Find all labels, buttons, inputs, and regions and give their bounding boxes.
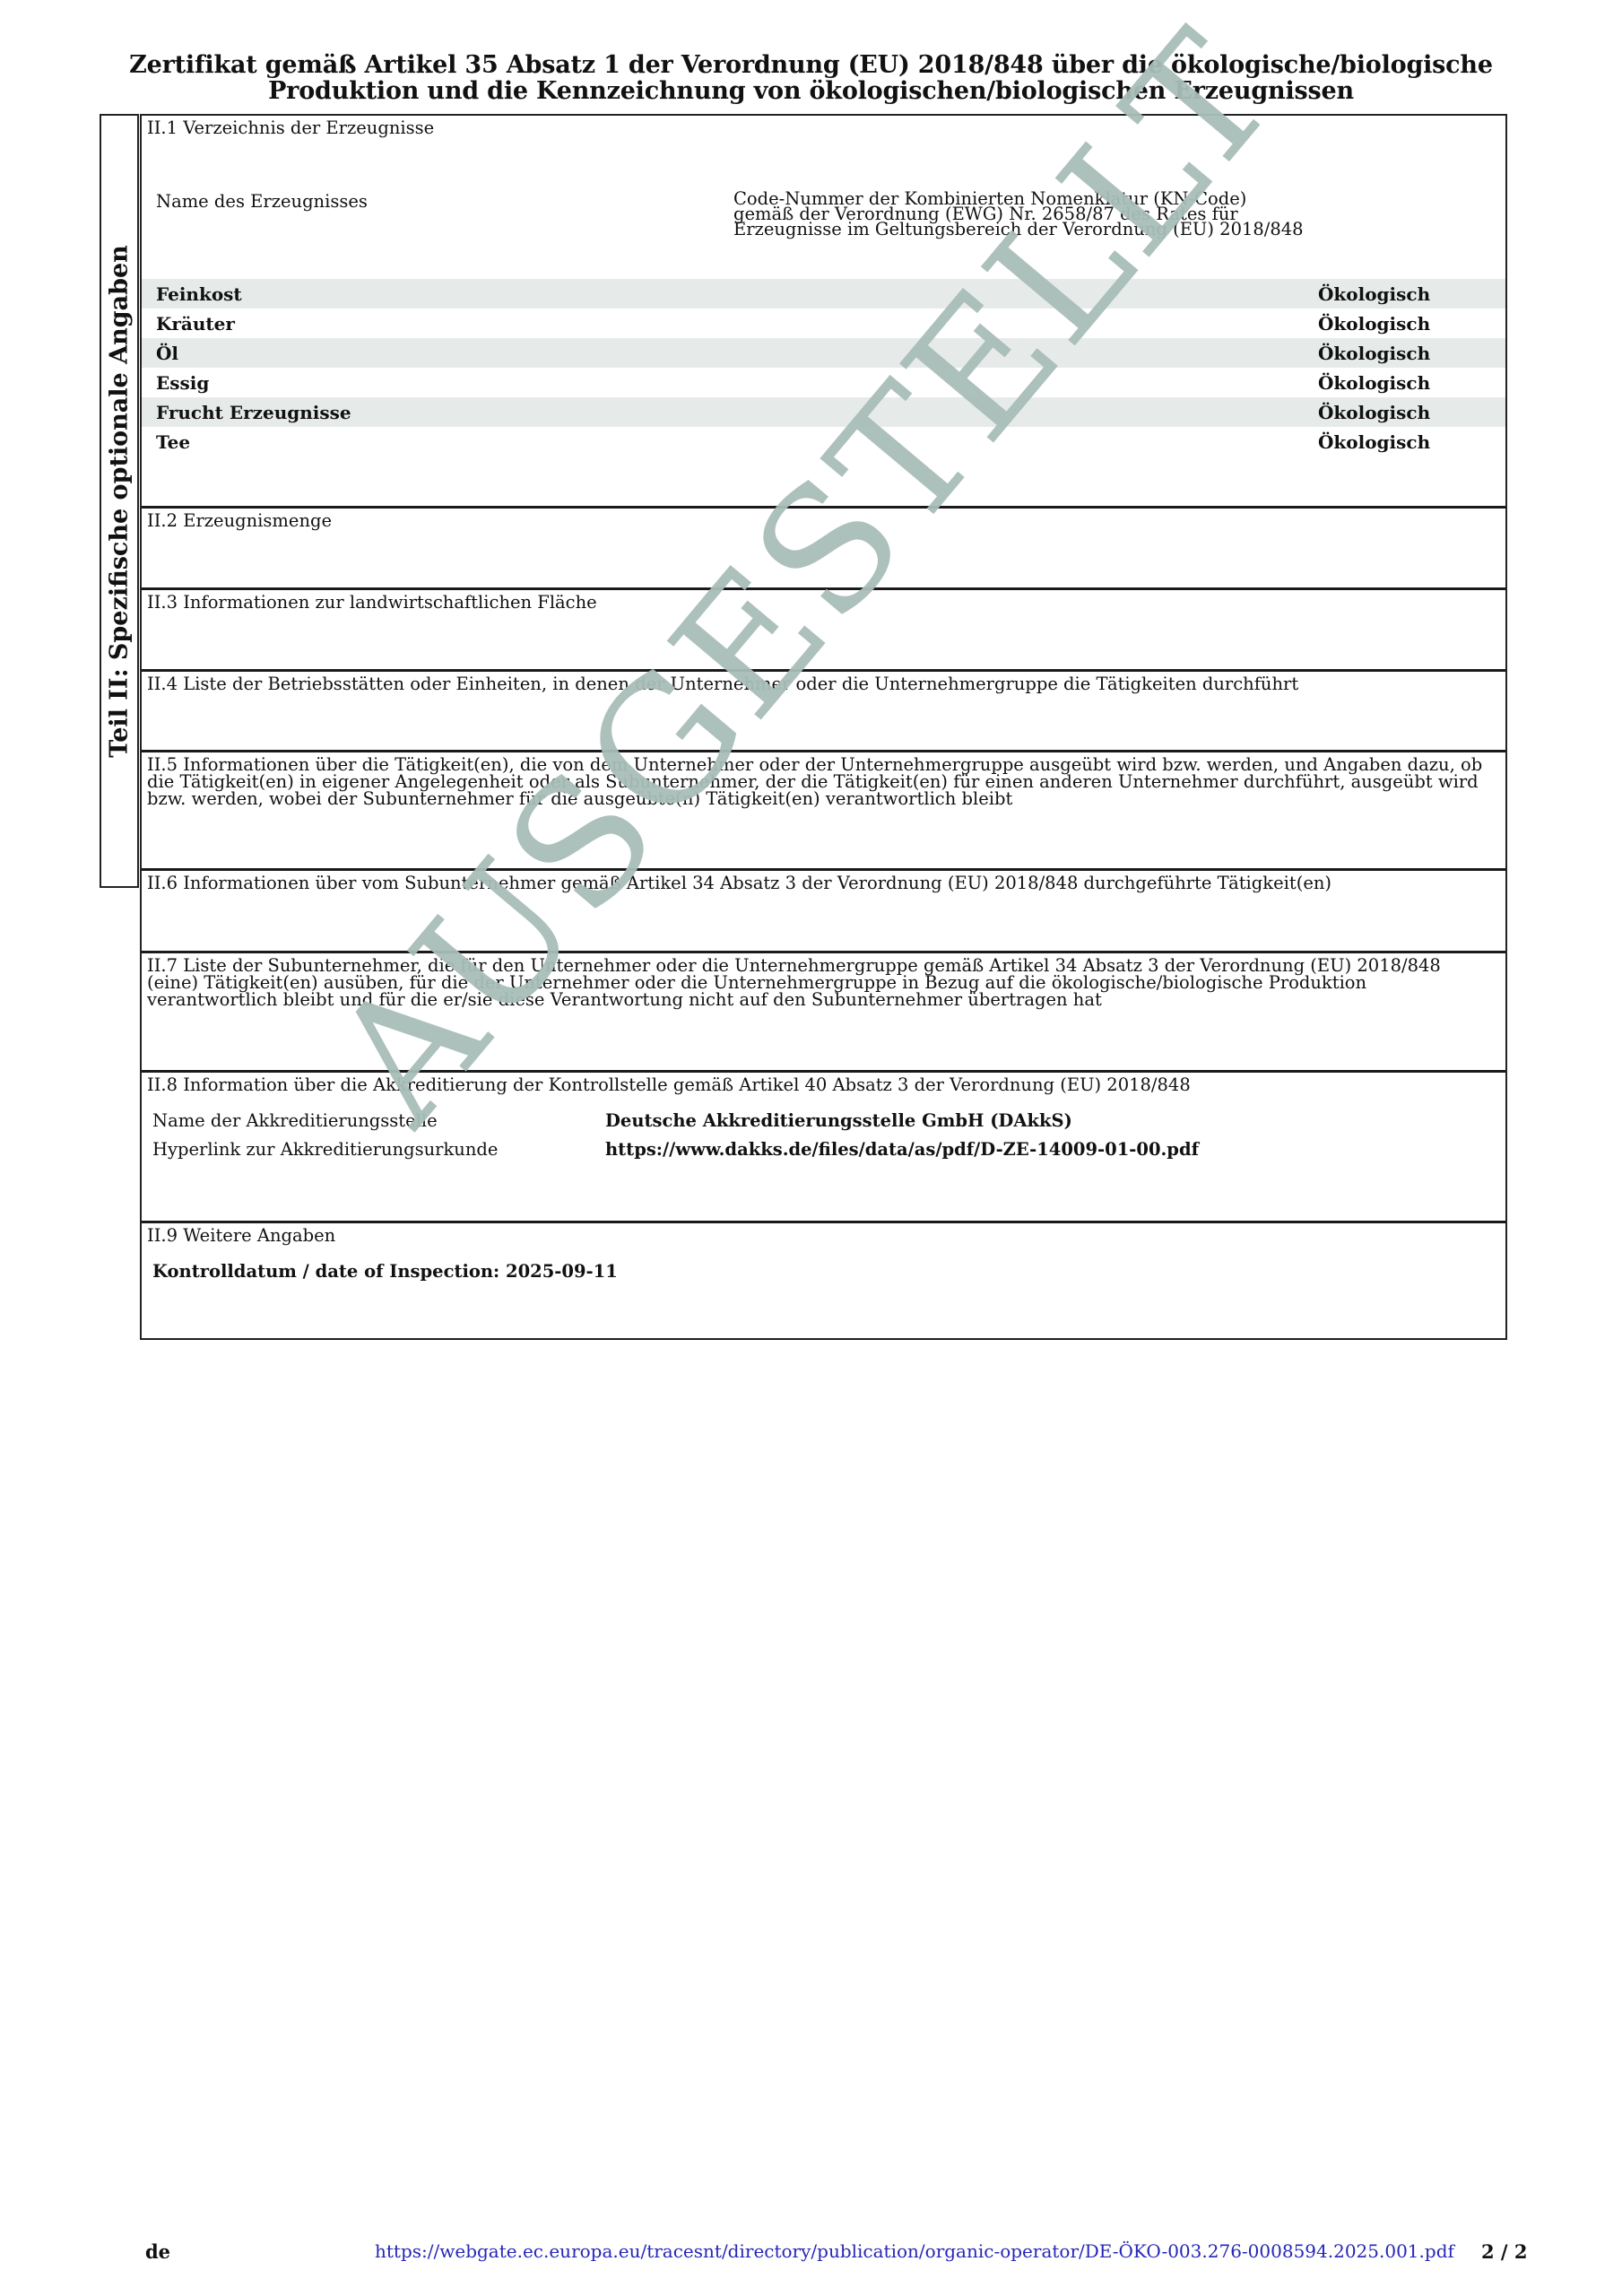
- section-heading: II.6 Informationen über vom Subunternehm…: [147, 874, 1493, 891]
- column-header-product-name: Name des Erzeugnisses: [156, 191, 368, 212]
- page-number: 2 / 2: [1481, 2240, 1528, 2263]
- table-row: Öl Ökologisch: [142, 338, 1505, 368]
- product-status: Ökologisch: [1318, 343, 1430, 364]
- product-status: Ökologisch: [1318, 313, 1430, 335]
- accreditation-link-value[interactable]: https://www.dakks.de/files/data/as/pdf/D…: [605, 1139, 1199, 1160]
- table-row: Feinkost Ökologisch: [142, 279, 1505, 309]
- product-status: Ökologisch: [1318, 402, 1430, 423]
- product-name: Kräuter: [156, 313, 235, 335]
- accreditation-link-label: Hyperlink zur Akkreditierungsurkunde: [152, 1139, 498, 1160]
- accreditation-body-value: Deutsche Akkreditierungsstelle GmbH (DAk…: [605, 1110, 1072, 1131]
- section-ii-5: II.5 Informationen über die Tätigkeit(en…: [142, 750, 1505, 868]
- section-heading: II.5 Informationen über die Tätigkeit(en…: [147, 756, 1493, 807]
- section-heading: II.2 Erzeugnismenge: [147, 512, 1493, 529]
- section-ii-2: II.2 Erzeugnismenge: [142, 506, 1505, 587]
- certificate-table: II.1 Verzeichnis der Erzeugnisse Name de…: [140, 114, 1507, 1340]
- section-heading: II.7 Liste der Subunternehmer, die für d…: [147, 957, 1493, 1008]
- section-ii-8: II.8 Information über die Akkreditierung…: [142, 1070, 1505, 1221]
- product-name: Frucht Erzeugnisse: [156, 402, 351, 423]
- table-row: Tee Ökologisch: [142, 427, 1505, 457]
- product-status: Ökologisch: [1318, 431, 1430, 453]
- product-name: Essig: [156, 372, 209, 394]
- section-heading: II.4 Liste der Betriebsstätten oder Einh…: [147, 675, 1493, 692]
- table-row: Frucht Erzeugnisse Ökologisch: [142, 397, 1505, 427]
- sidebar-label: Teil II: Spezifische optionale Angaben: [106, 245, 134, 758]
- section-heading: II.8 Information über die Akkreditierung…: [147, 1076, 1493, 1093]
- section-heading: II.1 Verzeichnis der Erzeugnisse: [147, 119, 1493, 136]
- section-ii-6: II.6 Informationen über vom Subunternehm…: [142, 868, 1505, 951]
- table-row: Essig Ökologisch: [142, 368, 1505, 397]
- footer-url-link[interactable]: https://webgate.ec.europa.eu/tracesnt/di…: [375, 2240, 1454, 2262]
- section-heading: II.3 Informationen zur landwirtschaftlic…: [147, 594, 1493, 611]
- product-list: Feinkost Ökologisch Kräuter Ökologisch Ö…: [142, 279, 1505, 457]
- footer-language: de: [145, 2240, 170, 2263]
- inspection-date: Kontrolldatum / date of Inspection: 2025…: [152, 1261, 618, 1282]
- product-name: Feinkost: [156, 283, 242, 305]
- product-status: Ökologisch: [1318, 283, 1430, 305]
- table-row: Kräuter Ökologisch: [142, 309, 1505, 338]
- product-name: Tee: [156, 431, 190, 453]
- section-ii-1: II.1 Verzeichnis der Erzeugnisse Name de…: [142, 116, 1505, 506]
- section-heading: II.9 Weitere Angaben: [147, 1227, 1493, 1244]
- product-name: Öl: [156, 343, 178, 364]
- product-status: Ökologisch: [1318, 372, 1430, 394]
- title-line-1: Zertifikat gemäß Artikel 35 Absatz 1 der…: [0, 52, 1622, 78]
- part-sidebar: Teil II: Spezifische optionale Angaben: [100, 114, 139, 888]
- section-ii-4: II.4 Liste der Betriebsstätten oder Einh…: [142, 669, 1505, 750]
- column-header-kn-code: Code-Nummer der Kombinierten Nomenklatur…: [733, 191, 1304, 237]
- section-ii-9: II.9 Weitere Angaben Kontrolldatum / dat…: [142, 1221, 1505, 1340]
- section-ii-7: II.7 Liste der Subunternehmer, die für d…: [142, 951, 1505, 1070]
- document-title: Zertifikat gemäß Artikel 35 Absatz 1 der…: [0, 52, 1622, 104]
- title-line-2: Produktion und die Kennzeichnung von öko…: [0, 78, 1622, 104]
- section-ii-3: II.3 Informationen zur landwirtschaftlic…: [142, 587, 1505, 669]
- accreditation-body-label: Name der Akkreditierungsstelle: [152, 1110, 438, 1131]
